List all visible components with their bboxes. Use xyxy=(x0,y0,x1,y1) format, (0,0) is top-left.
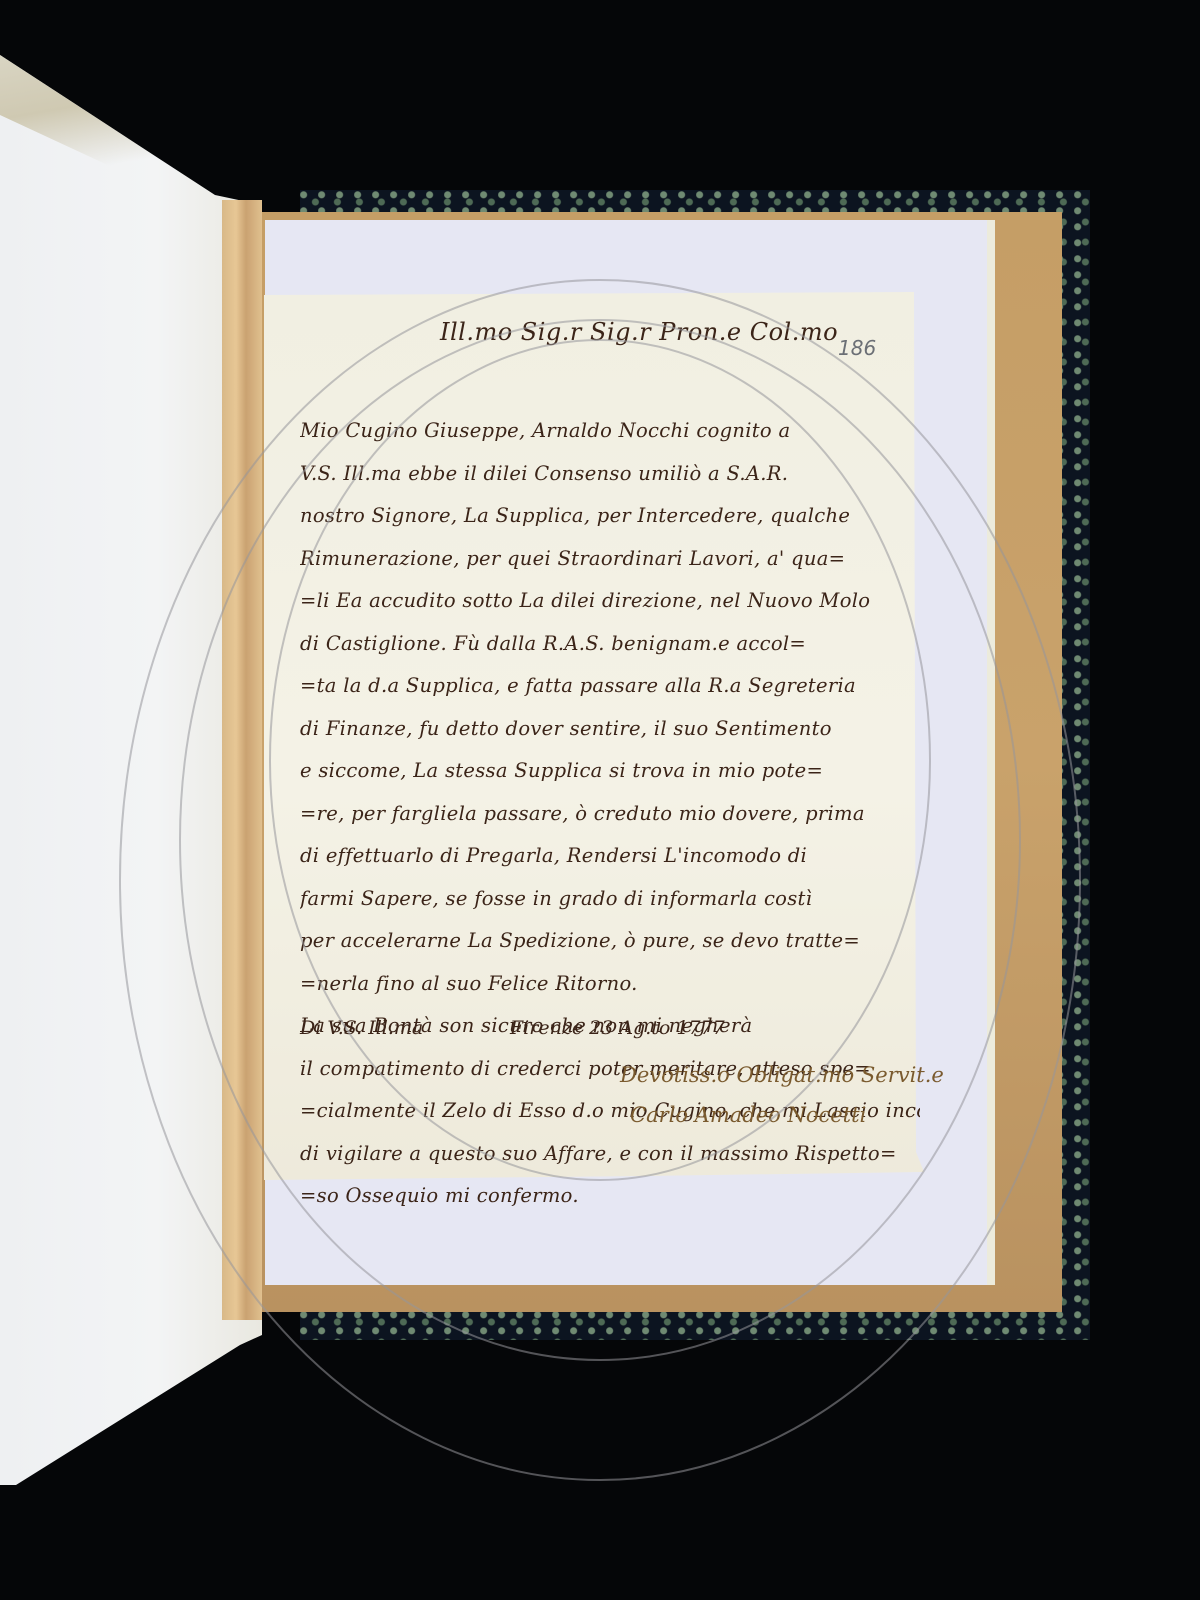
letter-date: Firenze 23 Ag.to 1777 xyxy=(510,1017,725,1039)
closing-address: Di V.S. Ill.ma xyxy=(300,1017,423,1039)
signature-name: Carlo Amadeo Nocetti xyxy=(620,1095,944,1135)
body-line: farmi Sapere, se fosse in grado di infor… xyxy=(300,878,920,921)
folio-number: 186 xyxy=(838,336,876,360)
letter-salutation: Ill.mo Sig.r Sig.r Pron.e Col.mo xyxy=(440,318,838,346)
body-line: di Castiglione. Fù dalla R.A.S. benignam… xyxy=(300,623,920,666)
body-line: V.S. Ill.ma ebbe il dilei Consenso umili… xyxy=(300,453,920,496)
body-line: e siccome, La stessa Supplica si trova i… xyxy=(300,750,920,793)
body-line: Rimunerazione, per quei Straordinari Lav… xyxy=(300,538,920,581)
body-line: =so Ossequio mi confermo. xyxy=(300,1175,920,1218)
body-line: =nerla fino al suo Felice Ritorno. xyxy=(300,963,920,1006)
body-line: di effettuarlo di Pregarla, Rendersi L'i… xyxy=(300,835,920,878)
body-line: =ta la d.a Supplica, e fatta passare all… xyxy=(300,665,920,708)
archival-photo: Firenze Ill.mo Sig.r Sig.r Pron.e Col.mo… xyxy=(0,0,1200,1600)
book-gutter xyxy=(222,200,262,1320)
body-line: di Finanze, fu detto dover sentire, il s… xyxy=(300,708,920,751)
body-line: =re, per fargliela passare, ò creduto mi… xyxy=(300,793,920,836)
signature-valediction: Devotiss.o Obligat.mo Servit.e xyxy=(620,1055,944,1095)
body-line: di vigilare a questo suo Affare, e con i… xyxy=(300,1133,920,1176)
body-line: nostro Signore, La Supplica, per Interce… xyxy=(300,495,920,538)
body-line: =li Ea accudito sotto La dilei direzione… xyxy=(300,580,920,623)
left-page-script-fragment: Firenze xyxy=(0,520,200,640)
body-line: Mio Cugino Giuseppe, Arnaldo Nocchi cogn… xyxy=(300,410,920,453)
signature-block: Devotiss.o Obligat.mo Servit.e Carlo Ama… xyxy=(620,1055,944,1135)
body-line: per accelerarne La Spedizione, ò pure, s… xyxy=(300,920,920,963)
